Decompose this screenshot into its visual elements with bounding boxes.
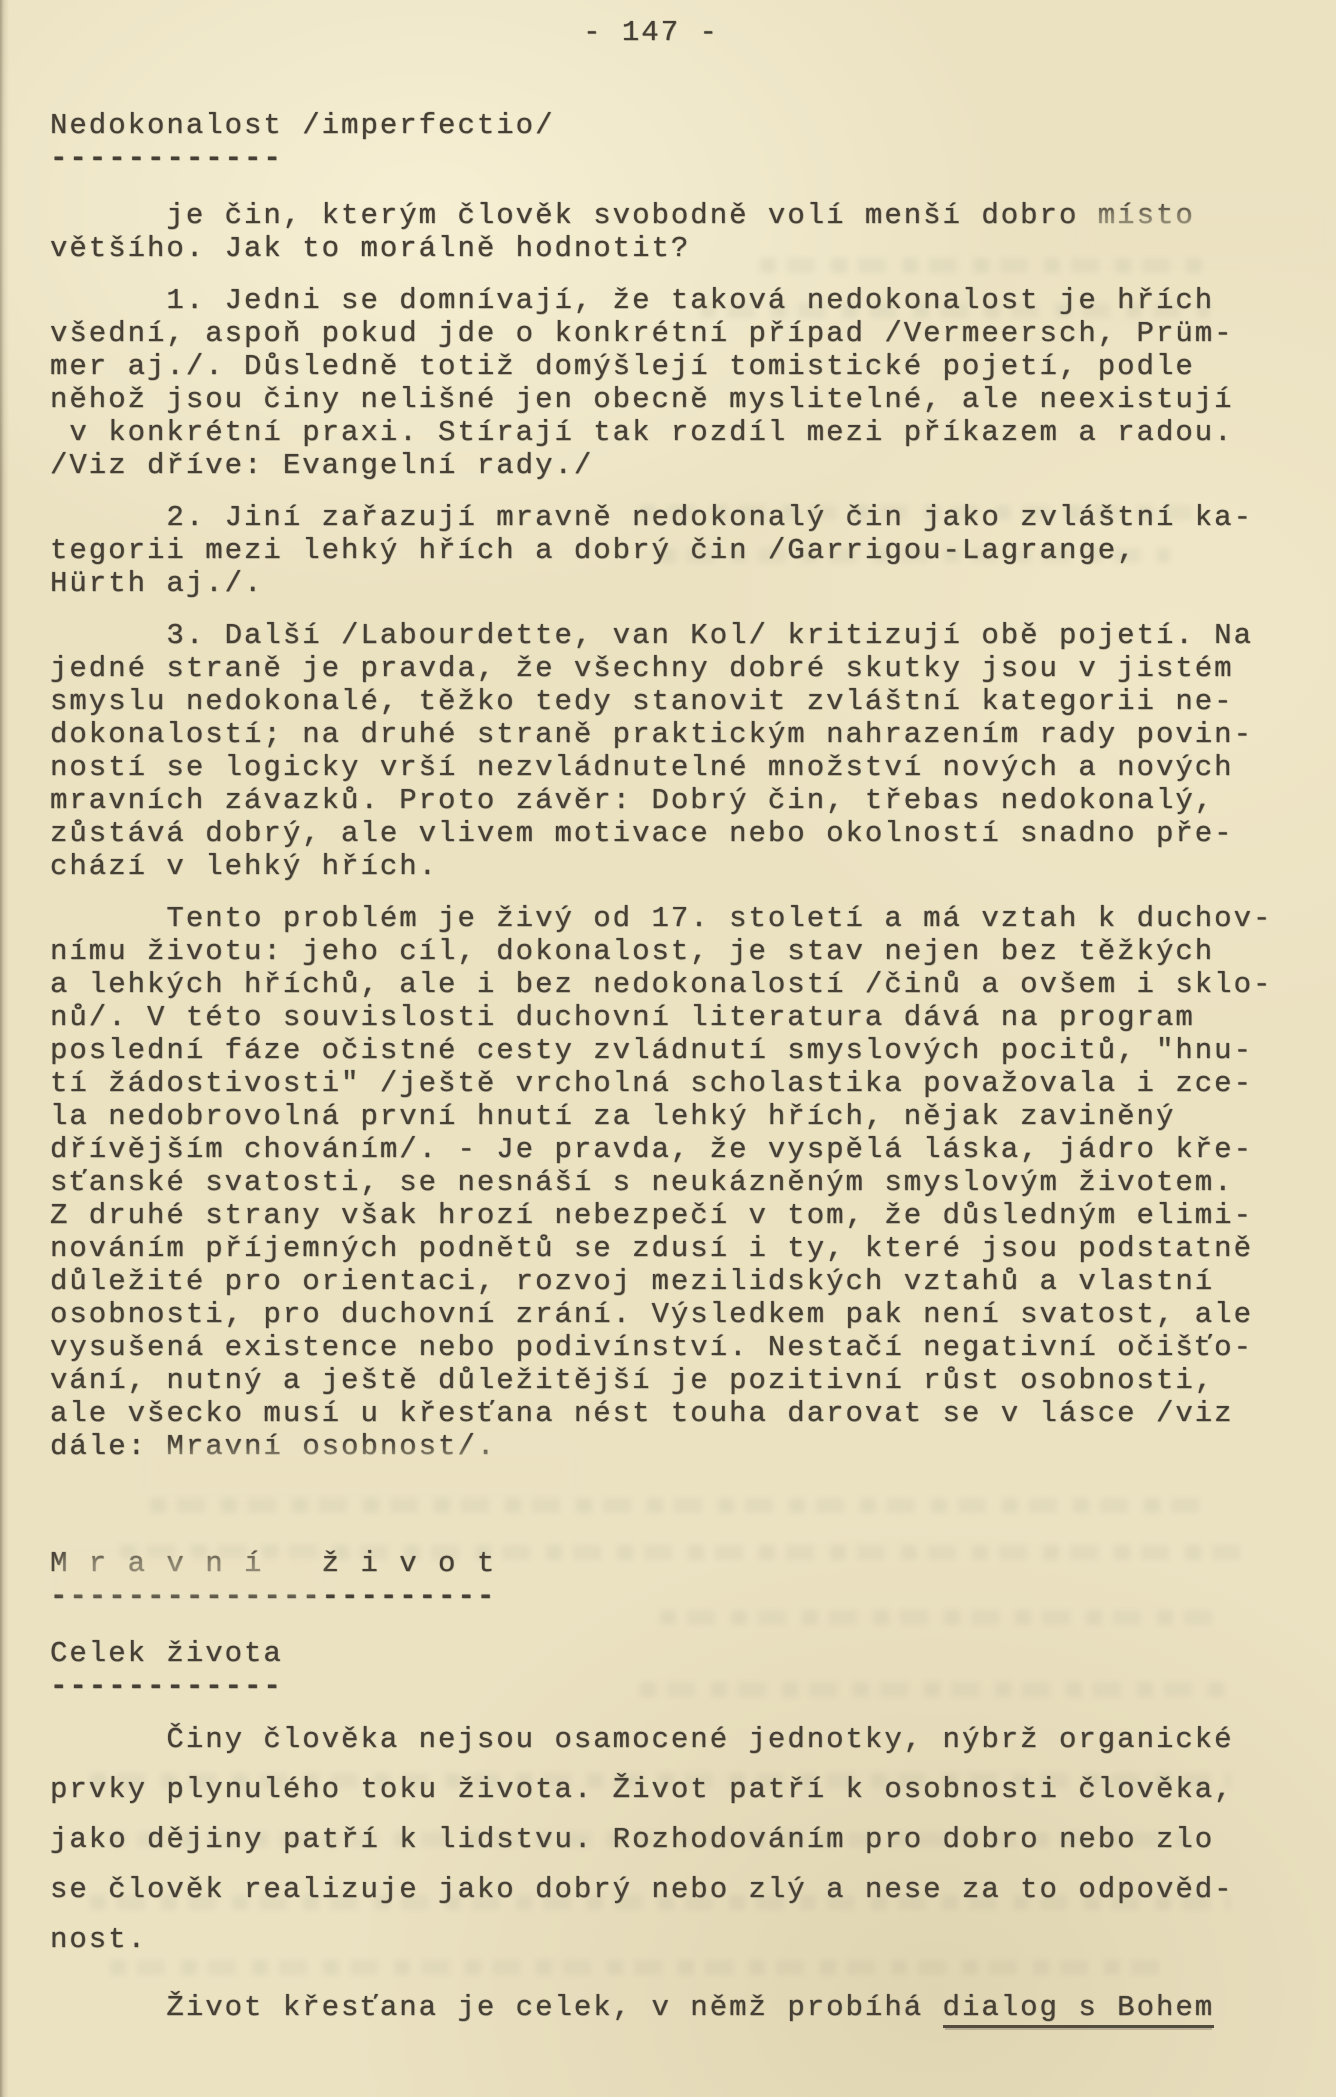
closing-line-text: Život křesťana je celek, v němž probíhá <box>50 1991 943 2024</box>
closing-line: Život křesťana je celek, v němž probíhá … <box>50 1983 1296 2033</box>
section-title-underline: ----------------------- <box>50 1580 1296 1613</box>
section-title: M r a v n í ž i v o t <box>50 1547 1296 1580</box>
document-page: - 147 - Nedokonalost /imperfectio/ -----… <box>0 0 1336 2097</box>
page-number: - 147 - <box>28 16 1274 49</box>
closing-line-underlined-phrase: dialog s Bohem <box>943 1991 1215 2028</box>
subsection-title: Celek života <box>50 1637 1296 1670</box>
section-heading-imperfection: Nedokonalost /imperfectio/ ------------ <box>50 109 1296 175</box>
paragraph: Činy člověka nejsou osamocené jednotky, … <box>50 1715 1296 1965</box>
paragraph: je čin, kterým člověk svobodně volí menš… <box>50 199 1296 265</box>
section-title: Nedokonalost /imperfectio/ <box>50 109 1296 142</box>
subsection-title-underline: ------------ <box>50 1670 1296 1703</box>
section-heading-moral-life: M r a v n í ž i v o t ------------------… <box>50 1547 1296 1613</box>
section-title-underline: ------------ <box>50 142 1296 175</box>
subsection-heading-whole-of-life: Celek života ------------ <box>50 1637 1296 1703</box>
paragraph: 2. Jiní zařazují mravně nedokonalý čin j… <box>50 501 1296 600</box>
paragraph: 3. Další /Labourdette, van Kol/ kritizuj… <box>50 619 1296 883</box>
paragraph: 1. Jedni se domnívají, že taková nedokon… <box>50 284 1296 482</box>
paragraph: Tento problém je živý od 17. století a m… <box>50 902 1296 1463</box>
